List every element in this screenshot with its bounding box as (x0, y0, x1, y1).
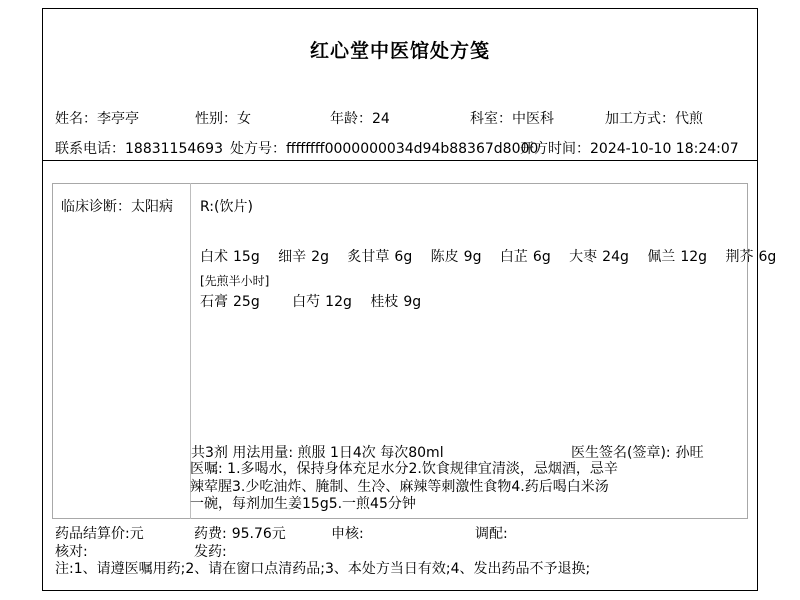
department-label: 科室： (470, 111, 512, 127)
settlement-price-value: 元 (130, 526, 144, 542)
medical-advice: 医嘱: 1.多喝水，保持身体充足水分2.饮食规律宜清淡，忌烟酒，忌辛辣荤腥3.少… (190, 461, 620, 514)
issue-time-label: 开方时间： (520, 141, 590, 157)
herb-name: 桂枝 (370, 294, 398, 310)
rx-number-label: 处方号： (230, 141, 286, 157)
herb-dose: 6g (394, 249, 412, 265)
issue-time-field: 开方时间：2024-10-10 18:24:07 (520, 138, 739, 158)
department-value: 中医科 (512, 111, 554, 127)
herb-item: 石膏25g (200, 291, 260, 311)
processing-method-field: 加工方式：代煎 (605, 108, 703, 128)
patient-name-label: 姓名： (55, 111, 97, 127)
herb-name: 荆芥 (725, 249, 753, 265)
herb-dose: 2g (311, 249, 329, 265)
herb-item: 荆芥6g (725, 246, 776, 266)
diagnosis-field: 临床诊断：太阳病 (61, 196, 173, 216)
settlement-price-label: 药品结算价: (55, 526, 130, 542)
herb-item: 白芷6g (500, 246, 551, 266)
rx-header: R:(饮片) (200, 196, 253, 216)
patient-age-label: 年龄： (330, 111, 372, 127)
doctor-signature-field: 医生签名(签章):孙旺 (571, 442, 704, 462)
prescription-page: 红心堂中医馆处方笺 姓名：李亭亭 性别：女 年龄：24 科室：中医科 加工方式：… (0, 0, 800, 600)
decoct-first-note: [先煎半小时] (200, 272, 269, 289)
herb-item: 细辛2g (278, 246, 329, 266)
phone-value: 18831154693 (125, 141, 223, 157)
patient-gender-field: 性别：女 (195, 108, 251, 128)
phone-field: 联系电话：18831154693 (55, 138, 223, 158)
herb-item: 白术15g (200, 246, 260, 266)
review-field: 申核: (331, 523, 364, 543)
herb-list-row1: 白术15g 细辛2g 炙甘草6g 陈皮9g 白芷6g 大枣24g 佩兰12g 荆… (200, 246, 790, 266)
herb-dose: 12g (680, 249, 707, 265)
herb-item: 桂枝9g (370, 291, 421, 311)
page-title: 红心堂中医馆处方笺 (42, 36, 758, 63)
herb-dose: 25g (233, 294, 260, 310)
compound-field: 调配: (475, 523, 508, 543)
herb-name: 大枣 (569, 249, 597, 265)
herb-dose: 24g (602, 249, 629, 265)
herb-dose: 12g (325, 294, 352, 310)
header-divider (42, 160, 758, 161)
herb-dose: 6g (758, 249, 776, 265)
herb-name: 白术 (200, 249, 228, 265)
herb-name: 炙甘草 (347, 249, 389, 265)
department-field: 科室：中医科 (470, 108, 554, 128)
settlement-price-field: 药品结算价:元 (55, 523, 144, 543)
patient-name-field: 姓名：李亭亭 (55, 108, 139, 128)
herb-dose: 9g (464, 249, 482, 265)
herb-list-row2: 石膏25g 白芍12g 桂枝9g (200, 291, 435, 311)
herb-item: 炙甘草6g (347, 246, 412, 266)
herb-name: 佩兰 (647, 249, 675, 265)
herb-item: 白芍12g (292, 291, 352, 311)
medicine-fee-label: 药费: (194, 526, 227, 542)
phone-label: 联系电话： (55, 141, 125, 157)
herb-name: 石膏 (200, 294, 228, 310)
processing-method-label: 加工方式： (605, 111, 675, 127)
patient-name-value: 李亭亭 (97, 111, 139, 127)
footer-note: 注:1、请遵医嘱用药;2、请在窗口点清药品;3、本处方当日有效;4、发出药品不予… (55, 558, 590, 578)
rx-number-field: 处方号：ffffffff0000000034d94b88367d8000 (230, 138, 538, 158)
herb-item: 大枣24g (569, 246, 629, 266)
patient-gender-value: 女 (237, 111, 251, 127)
herb-name: 细辛 (278, 249, 306, 265)
herb-dose: 15g (233, 249, 260, 265)
patient-gender-label: 性别： (195, 111, 237, 127)
issue-time-value: 2024-10-10 18:24:07 (590, 141, 739, 157)
herb-name: 白芍 (292, 294, 320, 310)
herb-dose: 9g (403, 294, 421, 310)
diagnosis-label: 临床诊断： (61, 199, 131, 215)
medicine-fee-field: 药费:95.76元 (194, 523, 286, 543)
patient-age-value: 24 (372, 111, 390, 127)
patient-age-field: 年龄：24 (330, 108, 390, 128)
rx-number-value: ffffffff0000000034d94b88367d8000 (286, 141, 538, 157)
medicine-fee-value: 95.76元 (232, 526, 286, 542)
doctor-signature-label: 医生签名(签章): (571, 445, 671, 461)
herb-dose: 6g (533, 249, 551, 265)
herb-item: 陈皮9g (431, 246, 482, 266)
processing-method-value: 代煎 (675, 111, 703, 127)
herb-name: 白芷 (500, 249, 528, 265)
dosage-instructions: 共3剂 用法用量: 煎服 1日4次 每次80ml (191, 442, 444, 462)
herb-name: 陈皮 (431, 249, 459, 265)
diagnosis-value: 太阳病 (131, 199, 173, 215)
doctor-signature-value: 孙旺 (676, 445, 704, 461)
herb-item: 佩兰12g (647, 246, 707, 266)
